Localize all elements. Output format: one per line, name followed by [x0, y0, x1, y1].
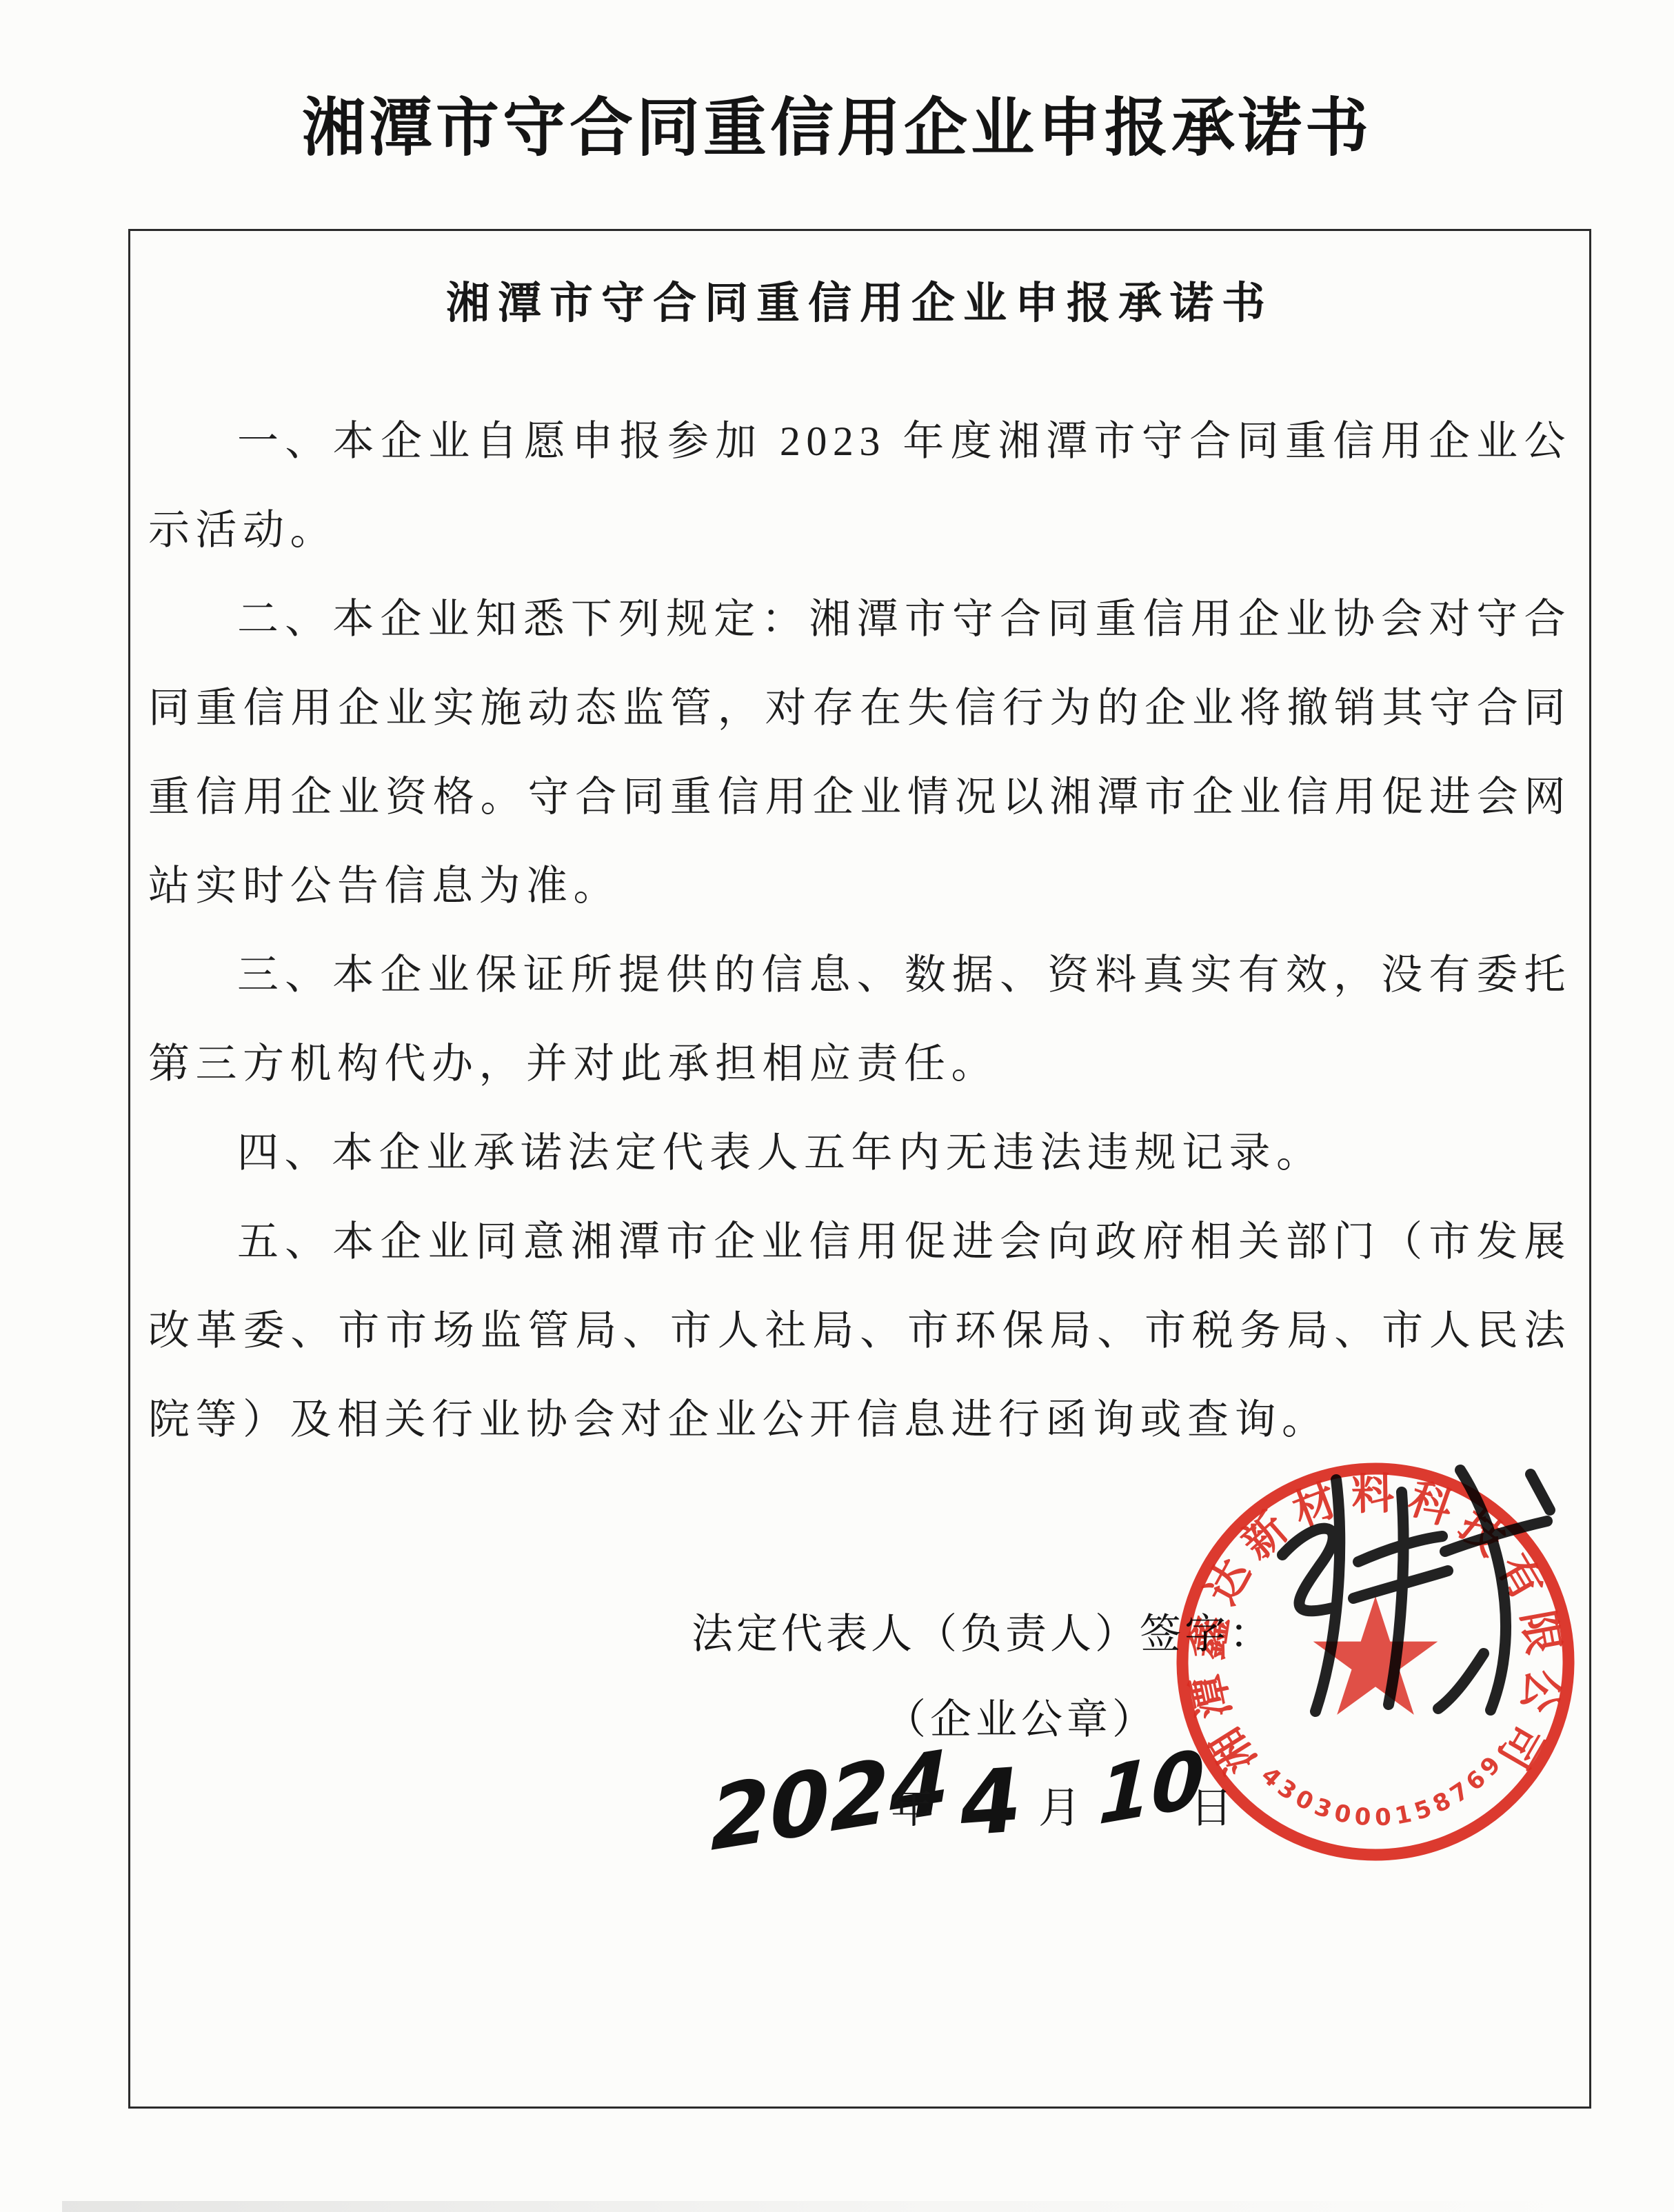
- scanned-document-page: 湘潭市守合同重信用企业申报承诺书 湘潭市守合同重信用企业申报承诺书 一、本企业自…: [0, 0, 1674, 2212]
- paragraph-2: 二、本企业知悉下列规定：湘潭市守合同重信用企业协会对守合同重信用企业实施动态监管…: [148, 575, 1571, 931]
- paragraph-4: 四、本企业承诺法定代表人五年内无违法违规记录。: [148, 1109, 1571, 1198]
- scan-artifact: [62, 2201, 1600, 2212]
- handwritten-month: 4: [956, 1749, 1025, 1856]
- paragraph-3: 三、本企业保证所提供的信息、数据、资料真实有效，没有委托第三方机构代办，并对此承…: [148, 931, 1571, 1109]
- document-title: 湘潭市守合同重信用企业申报承诺书: [148, 268, 1571, 331]
- seal-number: 4303000158769: [1255, 1749, 1509, 1831]
- page-title: 湘潭市守合同重信用企业申报承诺书: [0, 77, 1674, 168]
- svg-text:4303000158769: 4303000158769: [1255, 1749, 1509, 1831]
- paragraph-5: 五、本企业同意湘潭市企业信用促进会向政府相关部门（市发展改革委、市市场监管局、市…: [148, 1198, 1571, 1465]
- year-unit-label: 年: [891, 1773, 934, 1835]
- paragraph-1: 一、本企业自愿申报参加 2023 年度湘潭市守合同重信用企业公示活动。: [148, 397, 1571, 575]
- handwritten-signature: [1241, 1434, 1565, 1751]
- month-unit-label: 月: [1038, 1773, 1081, 1835]
